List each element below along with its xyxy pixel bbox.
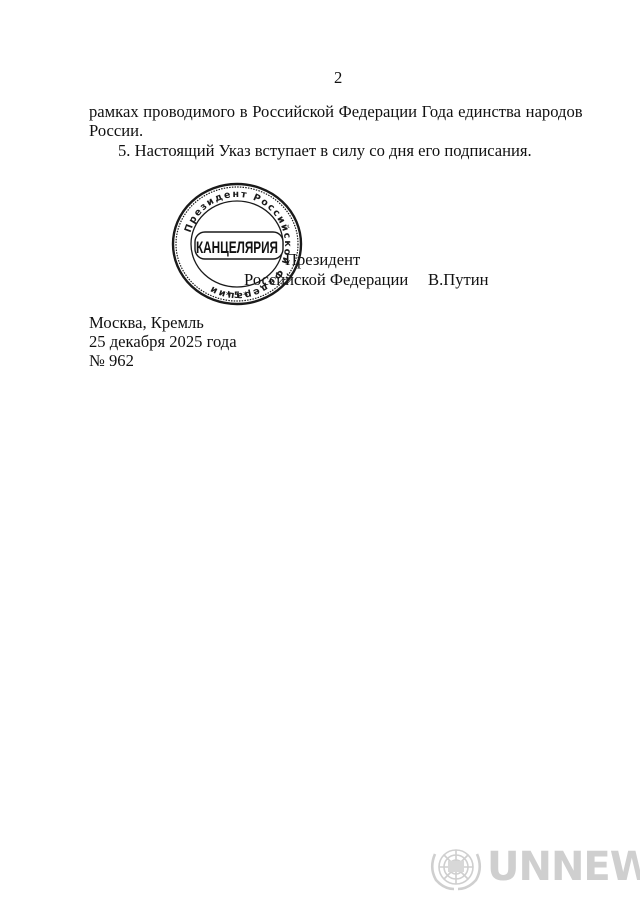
body-text-line: России. xyxy=(89,121,143,140)
un-emblem-icon xyxy=(426,842,486,894)
unnews-watermark: UNNEWS xyxy=(426,842,631,894)
signatory-name: В.Путин xyxy=(428,270,489,289)
decree-number: № 962 xyxy=(89,351,134,370)
body-text-line: рамках проводимого в Российской Федераци… xyxy=(89,102,583,121)
watermark-text: UNNEWS xyxy=(487,843,640,891)
body-paragraph-5: 5. Настоящий Указ вступает в силу со дня… xyxy=(118,141,532,160)
signing-date: 25 декабря 2025 года xyxy=(89,332,237,351)
seal-stamp-icon: Президент Российской Федерации КАНЦЕЛЯРИ… xyxy=(170,182,304,308)
stamp-center-label: КАНЦЕЛЯРИЯ xyxy=(196,238,278,257)
page-number: 2 xyxy=(334,68,342,88)
signing-place: Москва, Кремль xyxy=(89,313,204,332)
stamp-bottom-text: * 5 * xyxy=(226,291,248,301)
